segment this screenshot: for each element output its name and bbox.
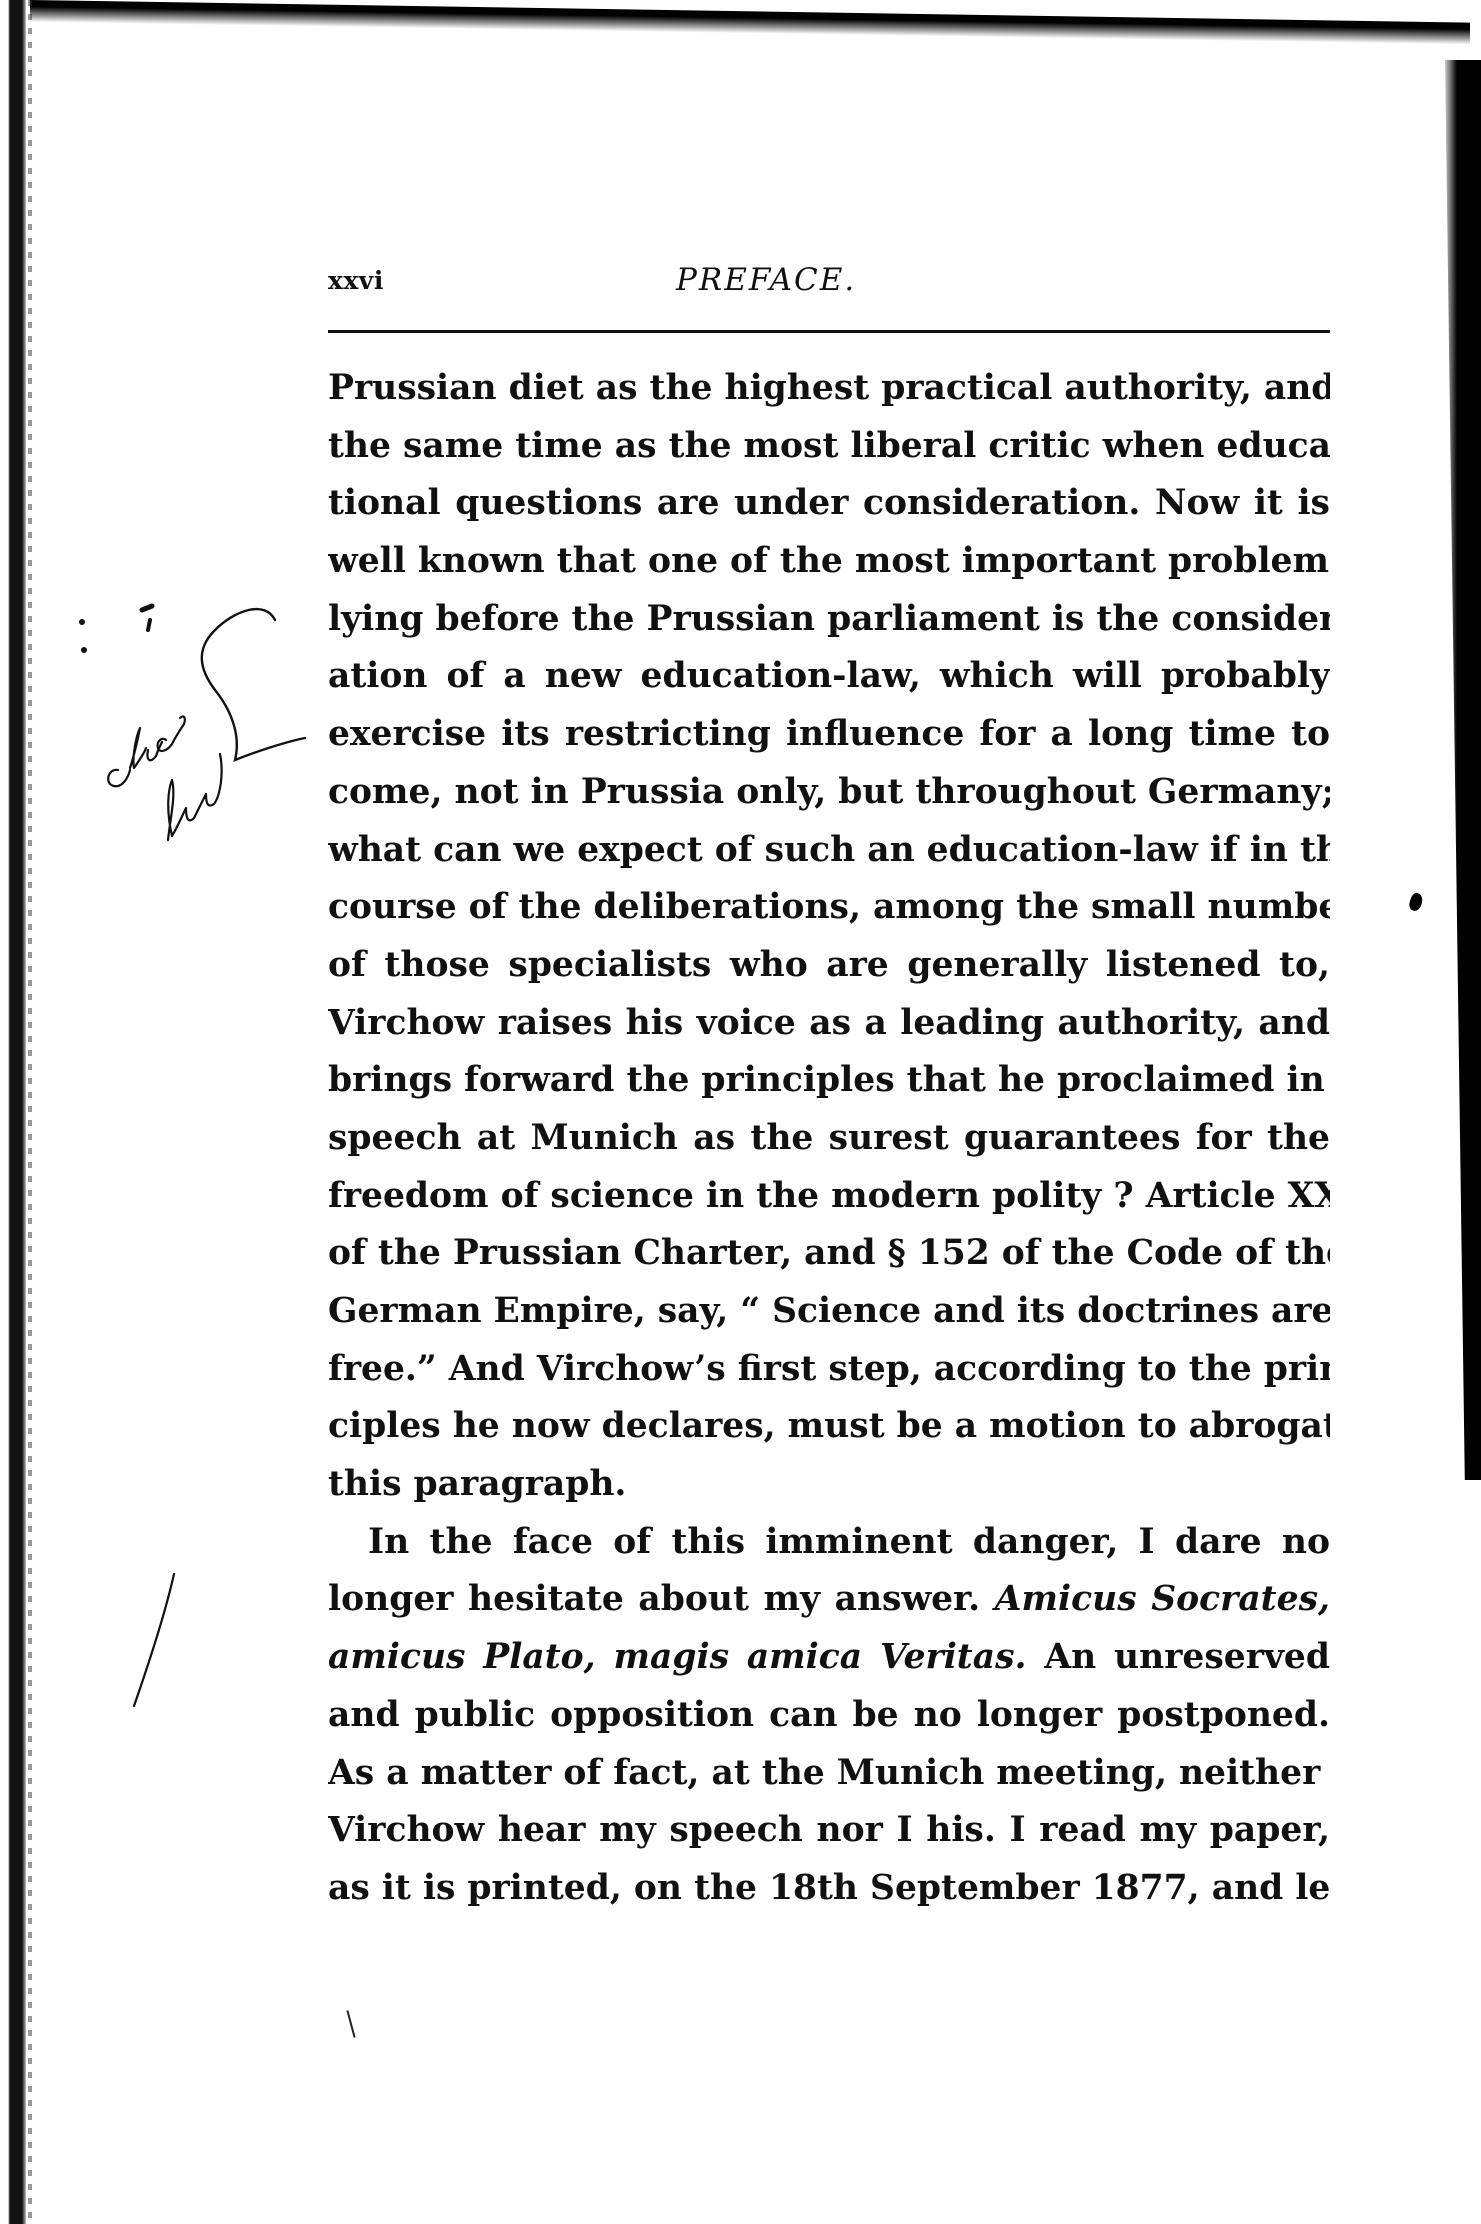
ink-blot bbox=[1407, 891, 1424, 912]
text-line: lying before the Prussian parliament is … bbox=[328, 591, 1330, 649]
paragraph-first-line: In the face of this imminent danger, I d… bbox=[328, 1514, 1330, 1572]
text-line: speech at Munich as the surest guarantee… bbox=[328, 1110, 1330, 1168]
running-title: PREFACE. bbox=[676, 262, 856, 298]
bracket-mark bbox=[202, 609, 305, 760]
pencil-slash-mark bbox=[130, 1570, 180, 1710]
text-line: well known that one of the most importan… bbox=[328, 533, 1330, 591]
handwritten-note-educ-law bbox=[70, 590, 320, 850]
text-line: what can we expect of such an education-… bbox=[328, 822, 1330, 880]
scan-gutter-noise bbox=[28, 0, 32, 2224]
text-roman: An unreserved bbox=[1044, 1637, 1330, 1677]
text-line: this paragraph. bbox=[328, 1456, 1330, 1514]
text-line: As a matter of fact, at the Munich meeti… bbox=[328, 1745, 1330, 1803]
text-line: ation of a new education-law, which will… bbox=[328, 648, 1330, 706]
text-line: freedom of science in the modern polity … bbox=[328, 1168, 1330, 1226]
text-line: come, not in Prussia only, but throughou… bbox=[328, 764, 1330, 822]
text-line: the same time as the most liberal critic… bbox=[328, 418, 1330, 476]
text-line: as it is printed, on the 18th September … bbox=[328, 1860, 1330, 1918]
page-number: xxvi bbox=[328, 266, 384, 295]
scan-edge-top bbox=[30, 0, 1470, 45]
text-line: of the Prussian Charter, and § 152 of th… bbox=[328, 1225, 1330, 1283]
text-line: Virchow raises his voice as a leading au… bbox=[328, 995, 1330, 1053]
text-line: course of the deliberations, among the s… bbox=[328, 879, 1330, 937]
text-line: ciples he now declares, must be a motion… bbox=[328, 1398, 1330, 1456]
text-roman: longer hesitate about my answer. bbox=[328, 1579, 980, 1619]
latin-quote: Amicus Socrates, bbox=[995, 1579, 1330, 1619]
scan-edge-left bbox=[0, 0, 26, 2224]
text-line: brings forward the principles that he pr… bbox=[328, 1052, 1330, 1110]
text-line-mixed: longer hesitate about my answer. Amicus … bbox=[328, 1571, 1330, 1629]
body-text: Prussian diet as the highest practical a… bbox=[328, 360, 1330, 1918]
text-line: Virchow hear my speech nor I his. I read… bbox=[328, 1802, 1330, 1860]
scan-edge-right bbox=[1445, 60, 1481, 1480]
text-line: of those specialists who are generally l… bbox=[328, 937, 1330, 995]
latin-quote: amicus Plato, magis amica Veritas. bbox=[328, 1637, 1027, 1677]
text-line: tional questions are under consideration… bbox=[328, 475, 1330, 533]
text-line: Prussian diet as the highest practical a… bbox=[328, 360, 1330, 418]
text-line: exercise its restricting influence for a… bbox=[328, 706, 1330, 764]
running-head: xxvi PREFACE. bbox=[328, 262, 1330, 302]
text-line: free.” And Virchow’s first step, accordi… bbox=[328, 1341, 1330, 1399]
pencil-tick-mark bbox=[346, 2010, 355, 2038]
text-line-mixed: amicus Plato, magis amica Veritas. An un… bbox=[328, 1629, 1330, 1687]
text-line: German Empire, say, “ Science and its do… bbox=[328, 1283, 1330, 1341]
text-line: and public opposition can be no longer p… bbox=[328, 1687, 1330, 1745]
header-rule bbox=[328, 330, 1330, 333]
